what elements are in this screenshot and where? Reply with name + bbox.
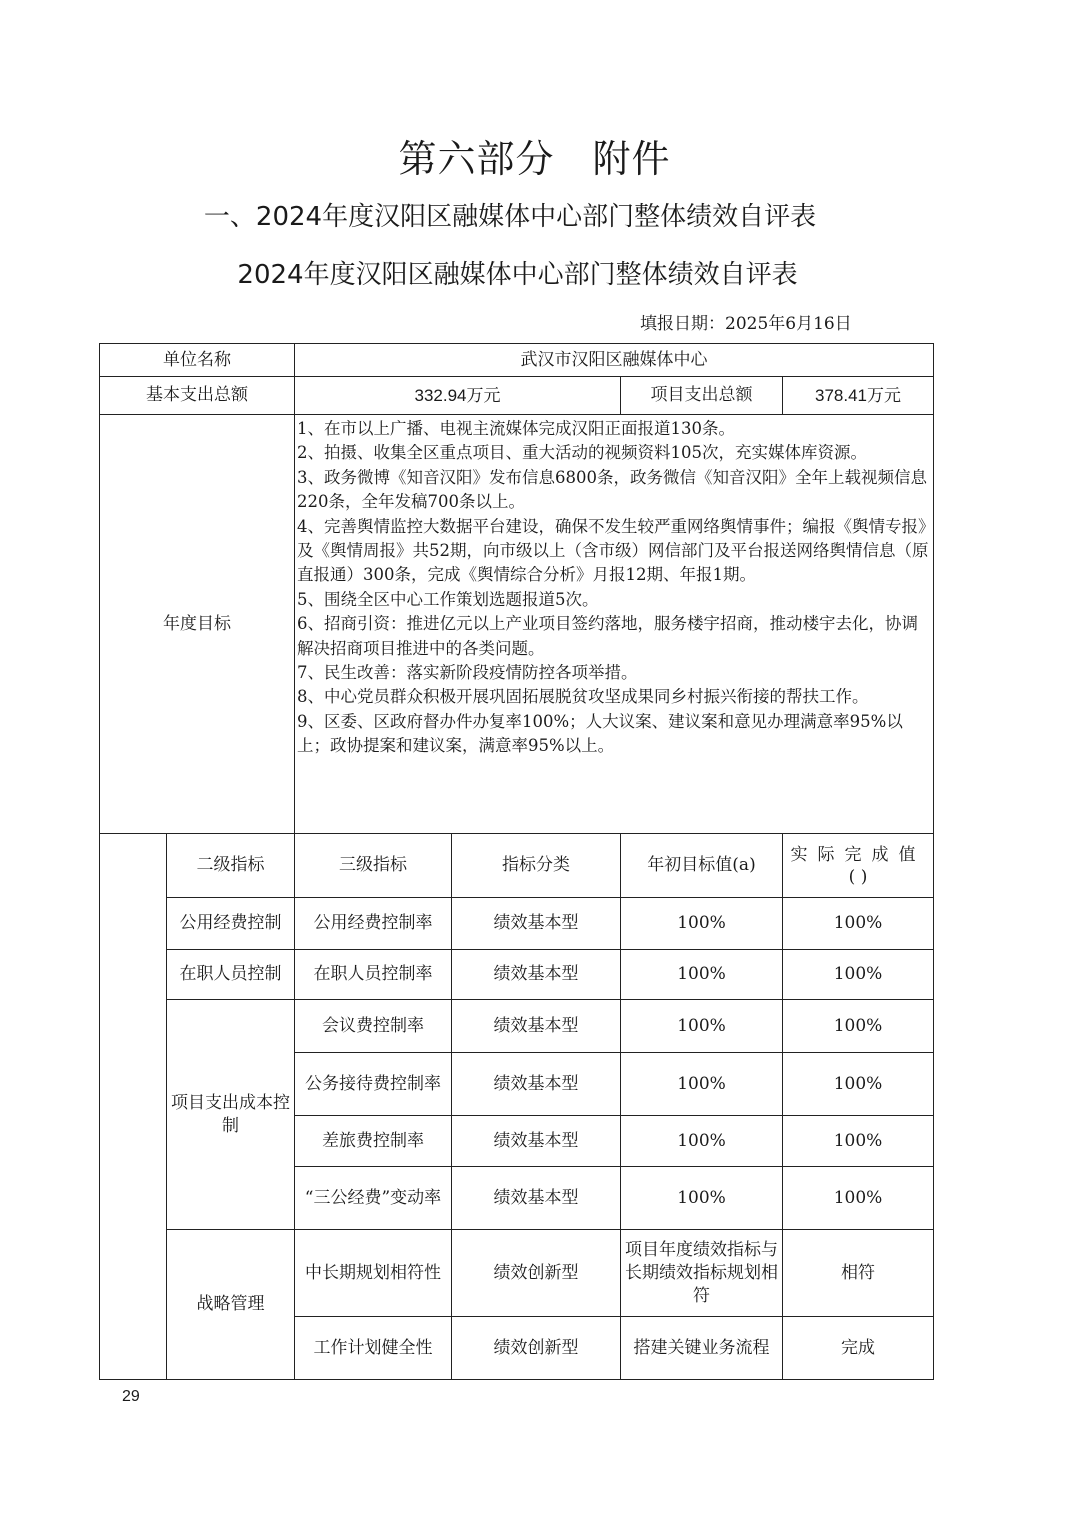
goal-item: 7、民生改善：落实新阶段疫情防控各项举措。 (297, 661, 931, 685)
page-number: 29 (122, 1388, 140, 1406)
actual-cell: 相符 (783, 1230, 934, 1317)
level2-cell: 战略管理 (167, 1230, 295, 1380)
level2-cell: 公用经费控制 (167, 898, 295, 950)
actual-cell: 完成 (783, 1317, 934, 1380)
section-heading: 一、2024年度汉阳区融媒体中心部门整体绩效自评表 (0, 196, 1020, 233)
goal-item: 1、在市以上广播、电视主流媒体完成汉阳正面报道130条。 (297, 417, 931, 441)
category-cell: 绩效创新型 (452, 1230, 621, 1317)
fill-date: 填报日期：2025年6月16日 (640, 309, 852, 334)
category-cell: 绩效基本型 (452, 1116, 621, 1167)
level3-cell: 工作计划健全性 (295, 1317, 452, 1380)
part-label: 第六部分 (398, 137, 554, 181)
actual-cell: 100% (783, 950, 934, 1000)
table-row: 在职人员控制 在职人员控制率 绩效基本型 100% 100% (100, 950, 934, 1000)
goal-item: 6、招商引资：推进亿元以上产业项目签约落地，服务楼宇招商，推动楼宇去化，协调解决… (297, 612, 931, 661)
goal-item: 2、拍摄、收集全区重点项目、重大活动的视频资料105次，充实媒体库资源。 (297, 441, 931, 465)
table-row: 公用经费控制 公用经费控制率 绩效基本型 100% 100% (100, 898, 934, 950)
target-cell: 100% (621, 950, 783, 1000)
level3-cell: 公务接待费控制率 (295, 1053, 452, 1116)
annual-goals-content: 1、在市以上广播、电视主流媒体完成汉阳正面报道130条。 2、拍摄、收集全区重点… (295, 415, 934, 834)
goal-item: 9、区委、区政府督办件办复率100%；人大议案、建议案和意见办理满意率95%以上… (297, 710, 931, 759)
target-cell: 100% (621, 1116, 783, 1167)
project-expense-value: 378.41万元 (783, 377, 934, 415)
target-cell: 100% (621, 1167, 783, 1230)
actual-cell: 100% (783, 1053, 934, 1116)
level3-cell: 中长期规划相符性 (295, 1230, 452, 1317)
header-actual-label: 实际完成值 (791, 845, 926, 865)
level3-cell: “三公经费”变动率 (295, 1167, 452, 1230)
evaluation-table: 单位名称 武汉市汉阳区融媒体中心 基本支出总额 332.94万元 项目支出总额 … (99, 343, 934, 1380)
project-expense-label: 项目支出总额 (621, 377, 783, 415)
category-cell: 绩效基本型 (452, 1000, 621, 1053)
level3-cell: 在职人员控制率 (295, 950, 452, 1000)
header-level2: 二级指标 (167, 834, 295, 898)
basic-expense-value: 332.94万元 (295, 377, 621, 415)
basic-expense-label: 基本支出总额 (100, 377, 295, 415)
category-cell: 绩效基本型 (452, 1053, 621, 1116)
level2-cell: 项目支出成本控制 (167, 1000, 295, 1230)
actual-cell: 100% (783, 1000, 934, 1053)
level3-cell: 差旅费控制率 (295, 1116, 452, 1167)
header-actual-paren: ( ) (849, 867, 868, 887)
level3-cell: 会议费控制率 (295, 1000, 452, 1053)
header-level3: 三级指标 (295, 834, 452, 898)
goal-item: 4、完善舆情监控大数据平台建设，确保不发生较严重网络舆情事件；编报《舆情专报》及… (297, 515, 931, 588)
table-title: 2024年度汉阳区融媒体中心部门整体绩效自评表 (0, 254, 1035, 291)
target-cell: 100% (621, 898, 783, 950)
target-cell: 100% (621, 1000, 783, 1053)
part-title: 附件 (593, 137, 671, 181)
category-cell: 绩效创新型 (452, 1317, 621, 1380)
table-row: 战略管理 中长期规划相符性 绩效创新型 项目年度绩效指标与长期绩效指标规划相符 … (100, 1230, 934, 1317)
target-cell: 搭建关键业务流程 (621, 1317, 783, 1380)
part-heading: 第六部分附件 (0, 128, 1069, 183)
goal-item: 5、围绕全区中心工作策划选题报道5次。 (297, 588, 931, 612)
actual-cell: 100% (783, 898, 934, 950)
level3-cell: 公用经费控制率 (295, 898, 452, 950)
target-cell: 项目年度绩效指标与长期绩效指标规划相符 (621, 1230, 783, 1317)
unit-name-value: 武汉市汉阳区融媒体中心 (295, 344, 934, 377)
target-cell: 100% (621, 1053, 783, 1116)
first-level-indicator-cell (100, 834, 167, 1380)
level2-cell: 在职人员控制 (167, 950, 295, 1000)
header-actual: 实际完成值( ) (783, 834, 934, 898)
header-target: 年初目标值(a) (621, 834, 783, 898)
annual-goals-label: 年度目标 (100, 415, 295, 834)
goal-item: 8、中心党员群众积极开展巩固拓展脱贫攻坚成果同乡村振兴衔接的帮扶工作。 (297, 685, 931, 709)
category-cell: 绩效基本型 (452, 898, 621, 950)
header-category: 指标分类 (452, 834, 621, 898)
actual-cell: 100% (783, 1116, 934, 1167)
table-row: 项目支出成本控制 会议费控制率 绩效基本型 100% 100% (100, 1000, 934, 1053)
goal-item: 3、政务微博《知音汉阳》发布信息6800条，政务微信《知音汉阳》全年上载视频信息… (297, 466, 931, 515)
category-cell: 绩效基本型 (452, 1167, 621, 1230)
category-cell: 绩效基本型 (452, 950, 621, 1000)
unit-name-label: 单位名称 (100, 344, 295, 377)
actual-cell: 100% (783, 1167, 934, 1230)
